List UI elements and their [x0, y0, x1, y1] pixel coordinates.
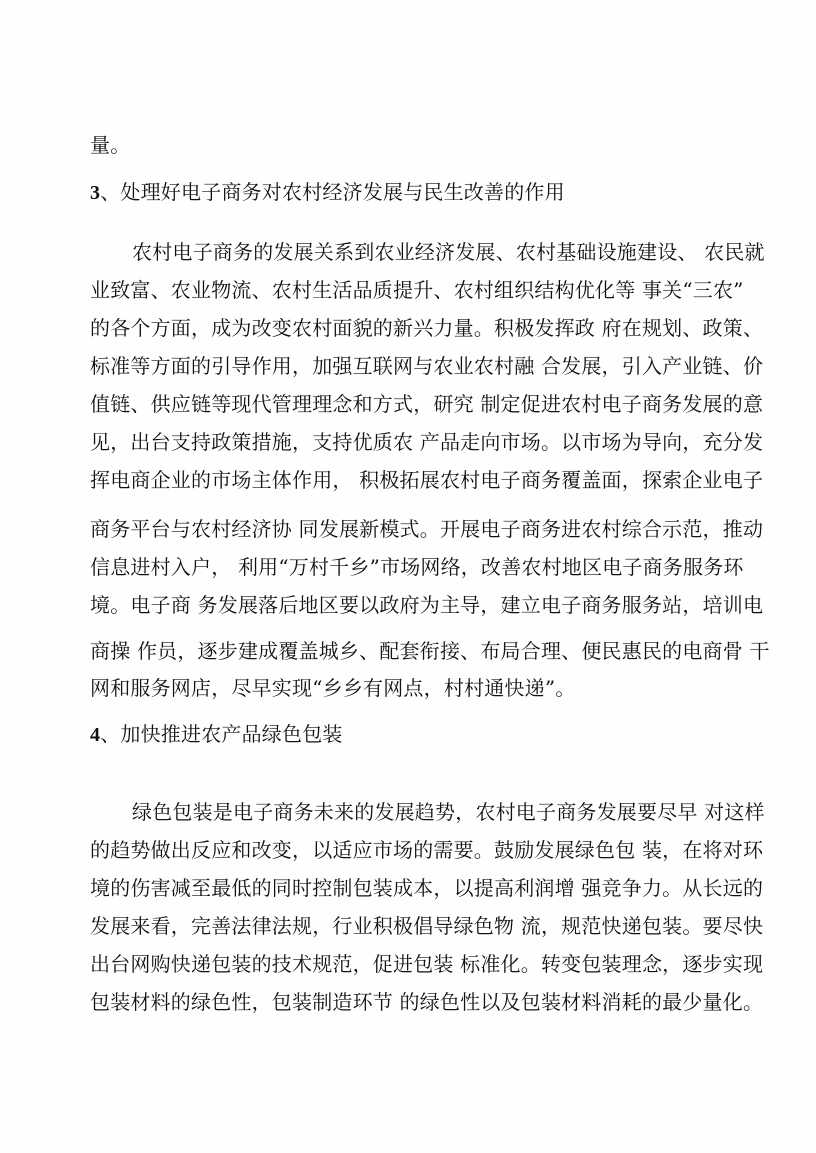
paragraph-line: 境的伤害减至最低的同时控制包装成本，以提高利润增 强竞争力。从长远的: [90, 876, 730, 900]
paragraph-line: 商务平台与农村经济协 同发展新模式。开展电子商务进农村综合示范，推动: [90, 517, 730, 541]
paragraph-line: 的各个方面，成为改变农村面貌的新兴力量。积极发挥政 府在规划、政策、: [90, 316, 730, 340]
paragraph-line: 包装材料的绿色性，包装制造环节 的绿色性以及包装材料消耗的最少量化。: [90, 990, 730, 1014]
paragraph-line: 值链、供应链等现代管理理念和方式，研究 制定促进农村电子商务发展的意: [90, 392, 730, 416]
paragraph-line: 信息进村入户， 利用“万村千乡”市场网络，改善农村地区电子商务服务环: [90, 555, 730, 579]
paragraph-line: 发展来看，完善法律法规，行业积极倡导绿色物 流，规范快递包装。要尽快: [90, 914, 730, 938]
paragraph-line: 见，出台支持政策措施，支持优质农 产品走向市场。以市场为导向，充分发: [90, 430, 730, 454]
section-number: 3: [90, 182, 100, 204]
paragraph-line: 的趋势做出反应和改变，以适应市场的需要。鼓励发展绿色包 装，在将对环: [90, 838, 730, 862]
paragraph-line: 商操 作员，逐步建成覆盖城乡、配套衔接、布局合理、便民惠民的电商骨 干: [90, 639, 730, 663]
continuation-text: 量。: [90, 133, 730, 157]
section-number: 4: [90, 724, 100, 746]
document-page: 量。 3、处理好电子商务对农村经济发展与民生改善的作用 农村电子商务的发展关系到…: [0, 0, 816, 1153]
section-title: 、加快推进农产品绿色包装: [100, 722, 342, 746]
section-3-heading: 3、处理好电子商务对农村经济发展与民生改善的作用: [90, 180, 730, 205]
paragraph-line: 业致富、农业物流、农村生活品质提升、农村组织结构优化等 事关“三农”: [90, 278, 730, 302]
paragraph-line: 农村电子商务的发展关系到农业经济发展、农村基础设施建设、 农民就: [132, 240, 730, 264]
paragraph-line: 标准等方面的引导作用，加强互联网与农业农村融 合发展，引入产业链、价: [90, 354, 730, 378]
paragraph-line: 绿色包装是电子商务未来的发展趋势，农村电子商务发展要尽早 对这样: [132, 800, 730, 824]
paragraph-line: 出台网购快递包装的技术规范，促进包装 标准化。转变包装理念，逐步实现: [90, 952, 730, 976]
section-4-heading: 4、加快推进农产品绿色包装: [90, 722, 730, 747]
paragraph-line: 境。电子商 务发展落后地区要以政府为主导，建立电子商务服务站，培训电: [90, 593, 730, 617]
paragraph-line: 挥电商企业的市场主体作用， 积极拓展农村电子商务覆盖面，探索企业电子: [90, 468, 730, 492]
section-title: 、处理好电子商务对农村经济发展与民生改善的作用: [100, 180, 565, 204]
paragraph-line: 网和服务网店，尽早实现“乡乡有网点，村村通快递”。: [90, 676, 730, 700]
